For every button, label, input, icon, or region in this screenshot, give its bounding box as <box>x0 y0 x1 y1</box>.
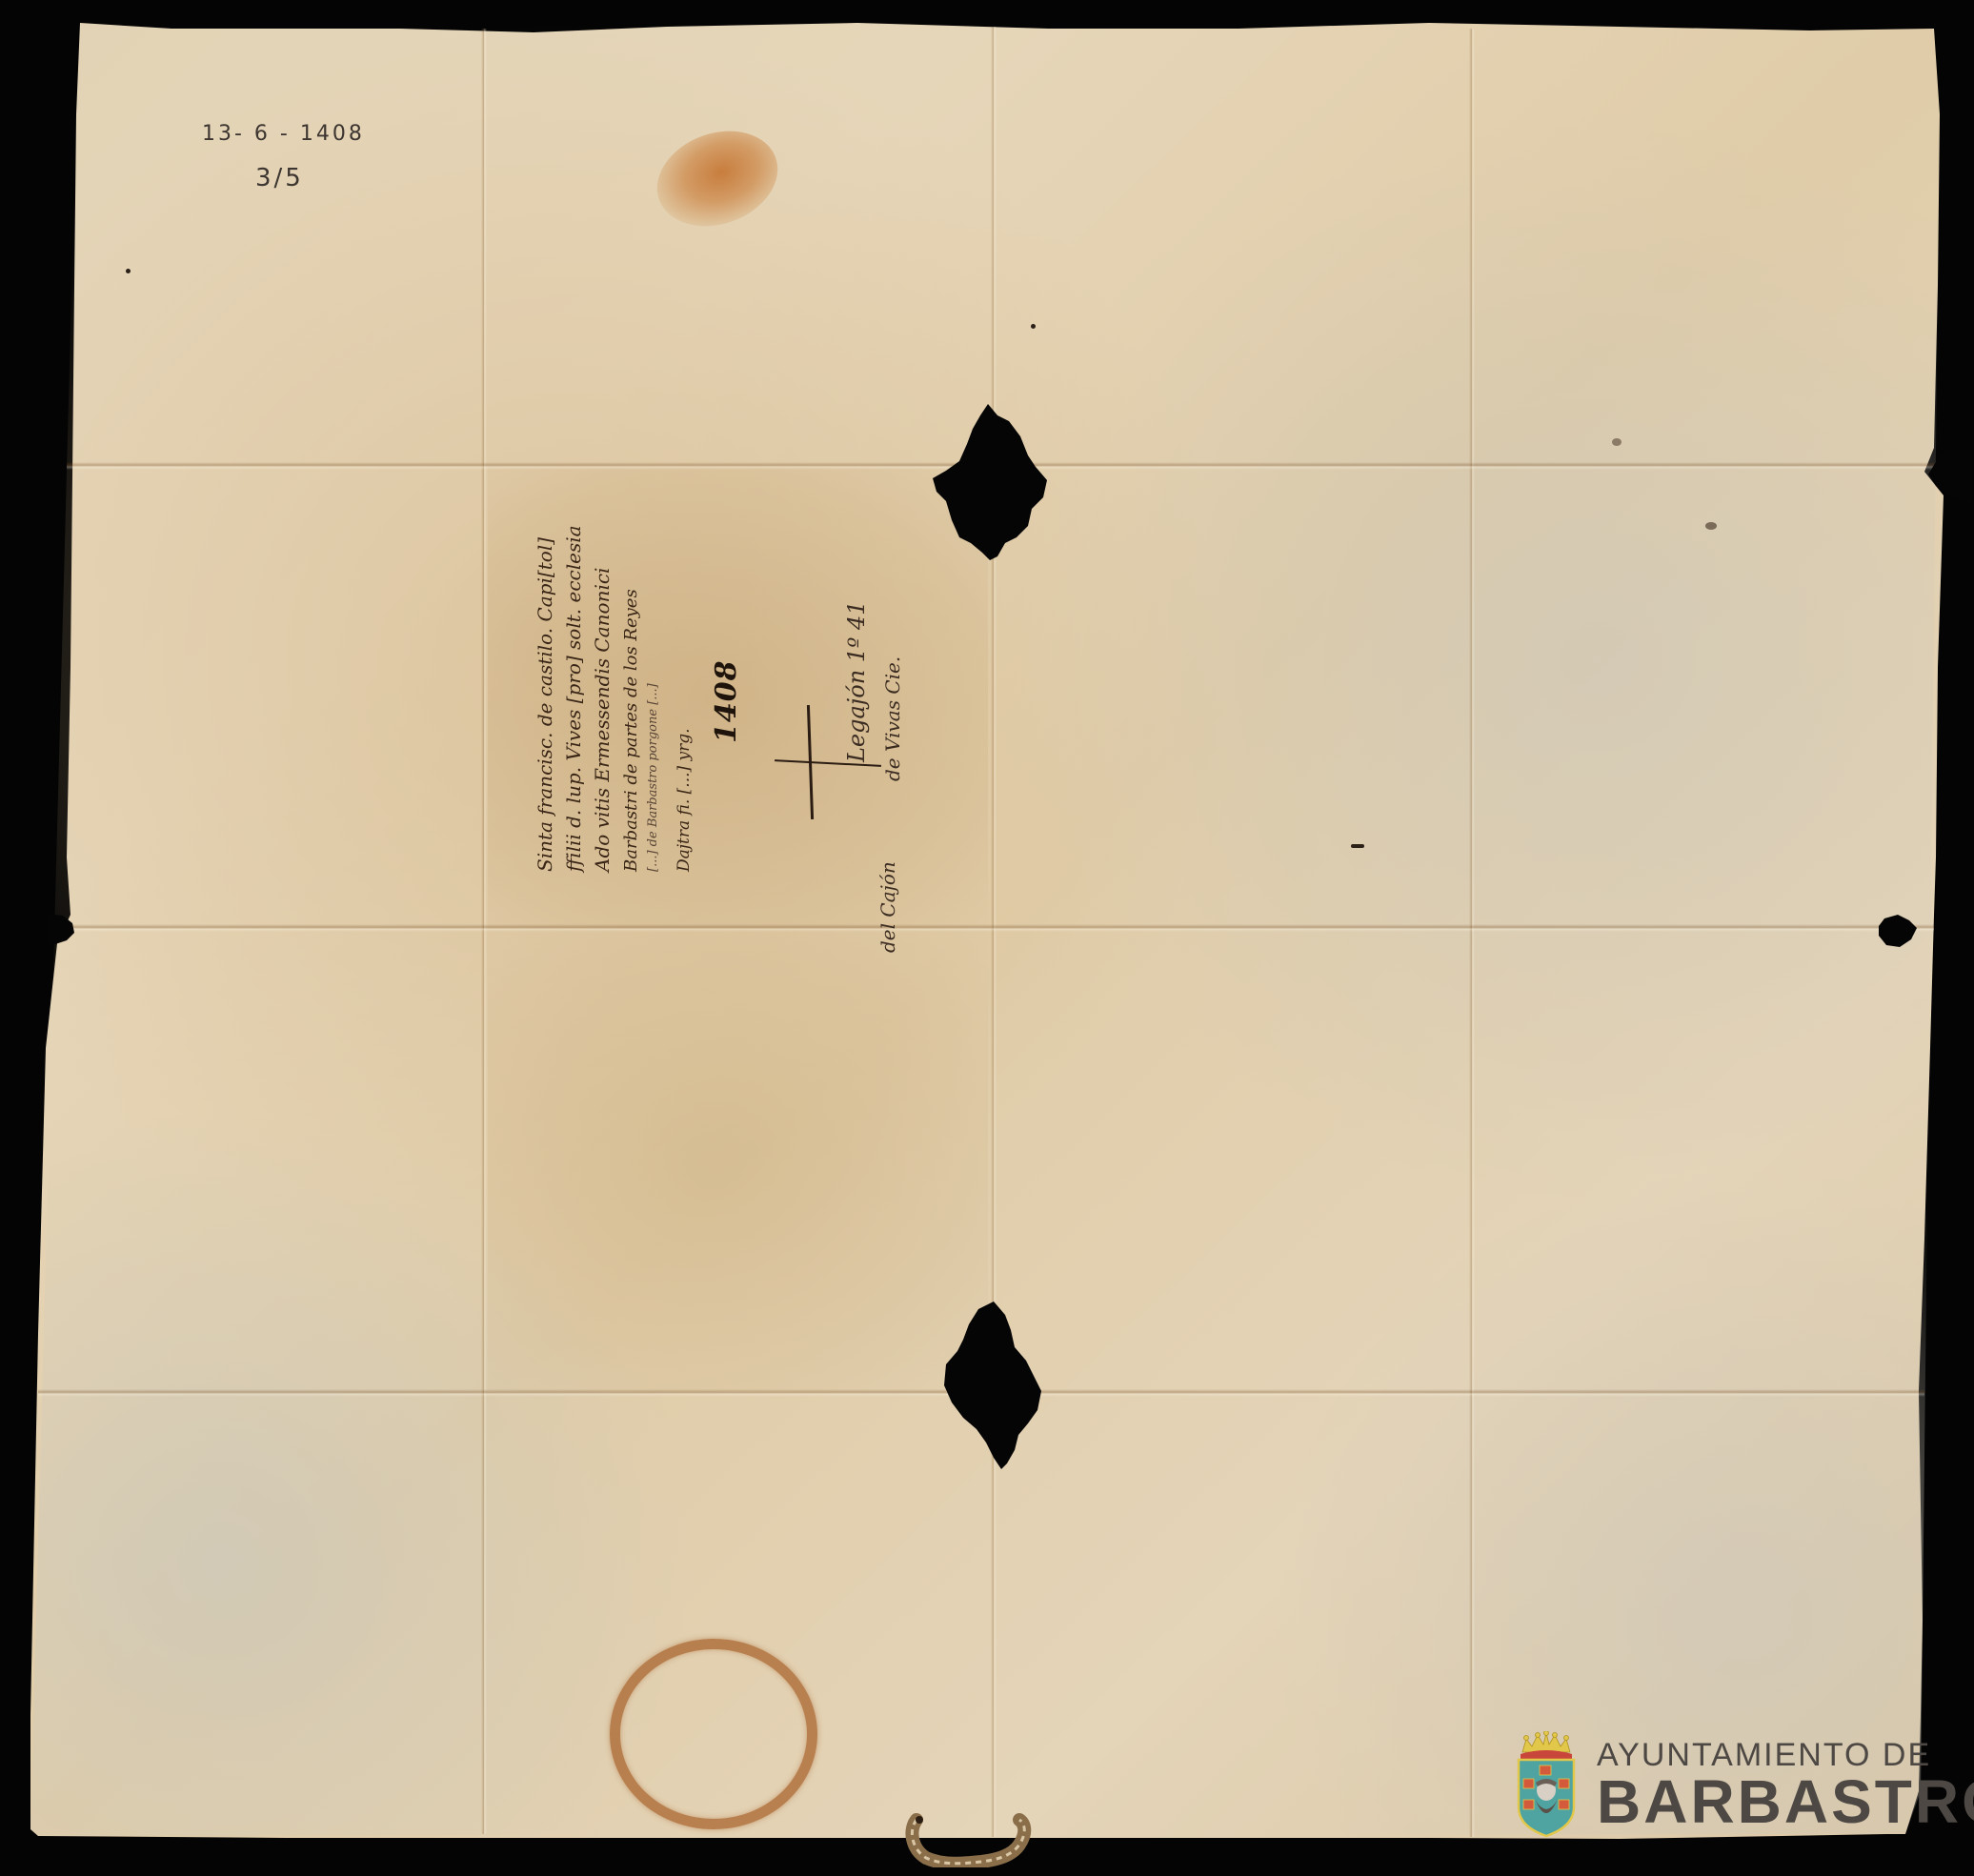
parchment-edge-notch <box>1915 448 1972 505</box>
seal-ring-stain <box>610 1639 817 1829</box>
endorsement-line: Barbastri de partes de los Reyes <box>621 589 641 872</box>
ink-speck <box>126 269 131 273</box>
seal-cord <box>905 1810 1057 1867</box>
parchment-hole <box>938 1298 1043 1474</box>
ink-speck <box>1351 844 1364 848</box>
document-viewer: 13- 6 - 1408 3/5 Sinta francisc. de cast… <box>0 0 1974 1876</box>
archive-reference-note: 3/5 <box>255 164 304 192</box>
ayuntamiento-barbastro-logo: AYUNTAMIENTO DE BARBASTRO <box>1513 1723 1970 1846</box>
year-annotation: 1408 <box>710 660 743 744</box>
endorsement-line: [...] de Barbastro porgone [...] <box>646 683 660 872</box>
coat-of-arms-icon <box>1513 1731 1580 1838</box>
later-archive-note: Legajón 1º 41 <box>843 600 870 762</box>
endorsement-line: ffilii d. lup. Vives [pro] solt. ecclesi… <box>562 525 585 872</box>
later-archive-note: del Cajón <box>876 861 899 953</box>
later-archive-note: de Vivas Cie. <box>881 656 904 781</box>
archive-date-note: 13- 6 - 1408 <box>202 122 365 146</box>
parchment-hole <box>929 398 1053 565</box>
endorsement-line: Sinta francisc. de castilo. Capi[tol] <box>534 537 556 872</box>
parchment-sheet <box>0 0 1974 1876</box>
parchment-hole <box>1875 913 1919 951</box>
ink-speck <box>1031 324 1036 329</box>
ink-speck <box>1705 522 1717 530</box>
ink-speck <box>1612 438 1621 446</box>
watermark-line2: BARBASTRO <box>1597 1772 1974 1831</box>
parchment-edge-notch <box>48 910 86 948</box>
endorsement-line: Dajtra fi. [...] yrg. <box>675 728 694 872</box>
endorsement-line: Ado vitis Ermessendis Canonici <box>591 568 614 872</box>
